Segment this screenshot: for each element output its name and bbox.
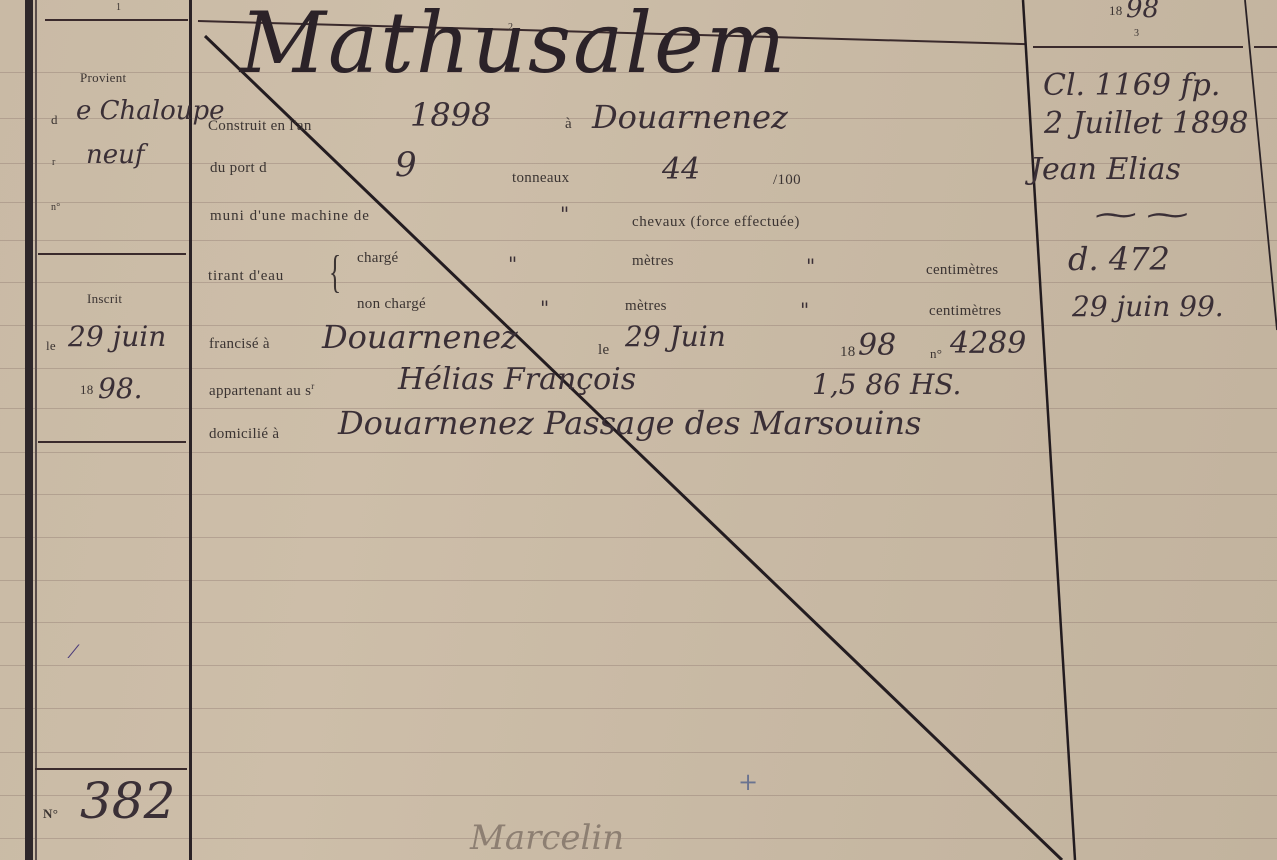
francise-date-value: 29 Juin — [625, 320, 726, 353]
inscrit-label: Inscrit — [87, 291, 122, 307]
tonneaux-value: 44 — [662, 152, 700, 187]
left-section-rule — [38, 253, 186, 255]
inscrit-le-label: le — [46, 338, 56, 354]
n-label: n° — [51, 202, 61, 213]
right-note-separator: ~~ — [1090, 198, 1193, 231]
port-value: 9 — [395, 145, 417, 185]
charge-centimetres-label: centimètres — [926, 262, 998, 279]
appartenant-label: appartenant au sr — [209, 381, 315, 400]
francise-year-prefix: 18 — [840, 344, 856, 361]
faint-signature: Marcelin — [470, 818, 624, 858]
left-margin-thin-rule — [35, 0, 37, 860]
left-margin-thick-rule — [25, 0, 33, 860]
inscrit-date-value: 29 juin — [68, 320, 166, 353]
chevaux-label: chevaux (force effectuée) — [632, 214, 800, 231]
right-note-line3: Jean Elias — [1030, 152, 1181, 187]
non-charge-cm-value: " — [800, 298, 809, 322]
left-section-rule — [38, 441, 186, 443]
francise-year-hand: 98 — [858, 328, 896, 363]
non-charge-metres-value: " — [540, 296, 549, 320]
construit-a-label: à — [565, 116, 572, 133]
provenance-r-value: neuf — [86, 140, 145, 170]
port-label: du port d — [210, 160, 267, 177]
tirant-brace: { — [329, 249, 341, 295]
right-year-handwritten: 98 — [1126, 0, 1159, 24]
charge-metres-label: mètres — [632, 253, 674, 270]
left-section-rule — [35, 768, 187, 770]
francise-place-value: Douarnenez — [322, 318, 518, 356]
right-year-prefix: 18 — [1109, 3, 1123, 19]
right-column-header-rule — [1033, 46, 1243, 48]
far-right-header-rule — [1254, 46, 1277, 48]
domicile-value: Douarnenez Passage des Marsouins — [338, 404, 921, 442]
registry-page: 1 2 18 98 3 Mathusalem Provient d e Chal… — [0, 0, 1277, 860]
left-column-divider — [189, 0, 192, 860]
right-note-line1: Cl. 1169 fp. — [1043, 68, 1220, 103]
owner-name-value: Hélias François — [398, 362, 636, 397]
machine-label: muni d'une machine de — [210, 208, 370, 225]
inscrit-year-value: 98. — [98, 372, 143, 405]
r-label: r — [52, 157, 56, 168]
construit-label: Construit en l'an — [208, 118, 312, 135]
appartenant-sup: r — [311, 381, 314, 391]
inscrit-year-prefix: 18 — [80, 382, 94, 398]
francise-le-label: le — [598, 342, 609, 359]
right-note-line5: 29 juin 99. — [1072, 290, 1224, 323]
owner-ref-value: 1,5 86 HS. — [812, 368, 961, 401]
right-note-line4: d. 472 — [1068, 240, 1170, 278]
provient-label: Provient — [80, 70, 126, 86]
construit-place-value: Douarnenez — [592, 98, 788, 136]
cancellation-strike-line — [205, 36, 1062, 860]
charge-metres-value: " — [508, 252, 517, 276]
charge-label: chargé — [357, 250, 399, 267]
non-charge-label: non chargé — [357, 296, 426, 313]
non-charge-centimetres-label: centimètres — [929, 303, 1001, 320]
ink-mark: ⁄ — [72, 642, 75, 663]
tonneaux-label: tonneaux — [512, 170, 569, 187]
entry-number-value: 382 — [80, 772, 175, 830]
non-charge-metres-label: mètres — [625, 298, 667, 315]
machine-value: " — [560, 202, 569, 226]
right-column-number: 3 — [1134, 28, 1139, 39]
pencil-cross-mark: + — [738, 768, 758, 796]
provenance-d-value: e Chaloupe — [76, 96, 225, 126]
domicile-label: domicilié à — [209, 426, 279, 443]
left-column-header-rule — [45, 19, 188, 21]
d-label: d — [51, 112, 58, 128]
francise-no-label: n° — [930, 346, 942, 362]
tirant-label: tirant d'eau — [208, 268, 284, 285]
entry-number-label: N° — [43, 806, 58, 822]
charge-cm-value: " — [806, 254, 815, 278]
francise-label: francisé à — [209, 336, 270, 353]
appartenant-label-text: appartenant au s — [209, 383, 311, 399]
hundredths-label: /100 — [773, 172, 801, 189]
far-right-divider — [1245, 0, 1277, 330]
francise-no-value: 4289 — [950, 326, 1026, 361]
right-note-line2: 2 Juillet 1898 — [1044, 106, 1248, 141]
construit-year-value: 1898 — [410, 96, 491, 134]
ship-name: Mathusalem — [240, 0, 787, 92]
left-column-number: 1 — [116, 2, 121, 13]
